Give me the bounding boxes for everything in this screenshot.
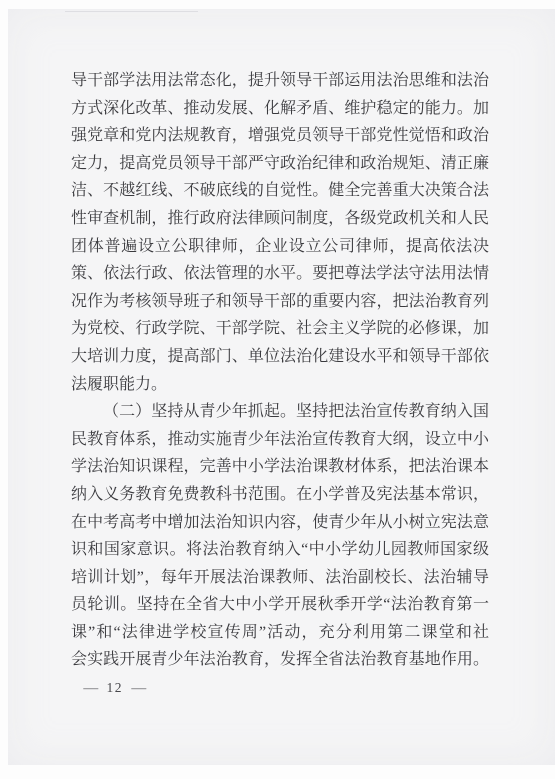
text-line: 强党章和党内法规教育，增强党员领导干部党性觉悟和政治 [71, 122, 489, 150]
text-line: 为党校、行政学院、干部学院、社会主义学院的必修课，加 [71, 315, 489, 343]
page-footer: — 12 — [84, 680, 146, 696]
text-line: 性审查机制，推行政府法律顾问制度，各级党政机关和人民 [71, 205, 489, 233]
screenshot-root: { "document": { "body_lines": [ "导干部学法用法… [0, 0, 555, 779]
text-line: 学法治知识课程，完善中小学法治课教材体系，把法治课本 [71, 453, 489, 481]
text-line: 员轮训。坚持在全省大中小学开展秋季开学“法治教育第一 [71, 591, 489, 619]
text-line: 大培训力度，提高部门、单位法治化建设水平和领导干部依 [71, 343, 489, 371]
text-line: 团体普遍设立公职律师，企业设立公司律师，提高依法决 [71, 233, 489, 261]
text-line: 会实践开展青少年法治教育，发挥全省法治教育基地作用。 [71, 646, 489, 674]
text-line: 况作为考核领导班子和领导干部的重要内容，把法治教育列 [71, 288, 489, 316]
text-line: 定力，提高党员领导干部严守政治纪律和政治规矩、清正廉 [71, 150, 489, 178]
text-line: 在中考高考中增加法治知识内容，使青少年从小树立宪法意 [71, 509, 489, 537]
text-line paragraph-first-line: （二）坚持从青少年抓起。坚持把法治宣传教育纳入国 [71, 398, 489, 426]
document-body-text: 导干部学法用法常态化，提升领导干部运用法治思维和法治 方式深化改革、推动发展、化… [71, 67, 489, 674]
text-line: 法履职能力。 [71, 371, 489, 399]
footer-dash-right: — [131, 680, 146, 696]
text-line: 民教育体系，推动实施青少年法治宣传教育大纲，设立中小 [71, 426, 489, 454]
text-line: 培训计划”，每年开展法治课教师、法治副校长、法治辅导 [71, 564, 489, 592]
text-line: 识和国家意识。将法治教育纳入“中小学幼儿园教师国家级 [71, 536, 489, 564]
text-line: 纳入义务教育免费教科书范围。在小学普及宪法基本常识， [71, 481, 489, 509]
text-line: 方式深化改革、推动发展、化解矛盾、维护稳定的能力。加 [71, 95, 489, 123]
footer-dash-left: — [83, 680, 98, 696]
page-number: 12 [107, 680, 124, 696]
text-line: 洁、不越红线、不破底线的自觉性。健全完善重大决策合法 [71, 177, 489, 205]
text-line: 策、依法行政、依法管理的水平。要把尊法学法守法用法情 [71, 260, 489, 288]
text-line: 导干部学法用法常态化，提升领导干部运用法治思维和法治 [71, 67, 489, 95]
paragraph-leading-officials: 导干部学法用法常态化，提升领导干部运用法治思维和法治 方式深化改革、推动发展、化… [71, 67, 489, 398]
scanned-document-page: 导干部学法用法常态化，提升领导干部运用法治思维和法治 方式深化改革、推动发展、化… [8, 9, 555, 765]
paragraph-youth-education: （二）坚持从青少年抓起。坚持把法治宣传教育纳入国 民教育体系，推动实施青少年法治… [71, 398, 489, 674]
scan-artifact-line [65, 11, 198, 12]
text-line: 课”和“法律进学校宣传周”活动，充分利用第二课堂和社 [71, 619, 489, 647]
